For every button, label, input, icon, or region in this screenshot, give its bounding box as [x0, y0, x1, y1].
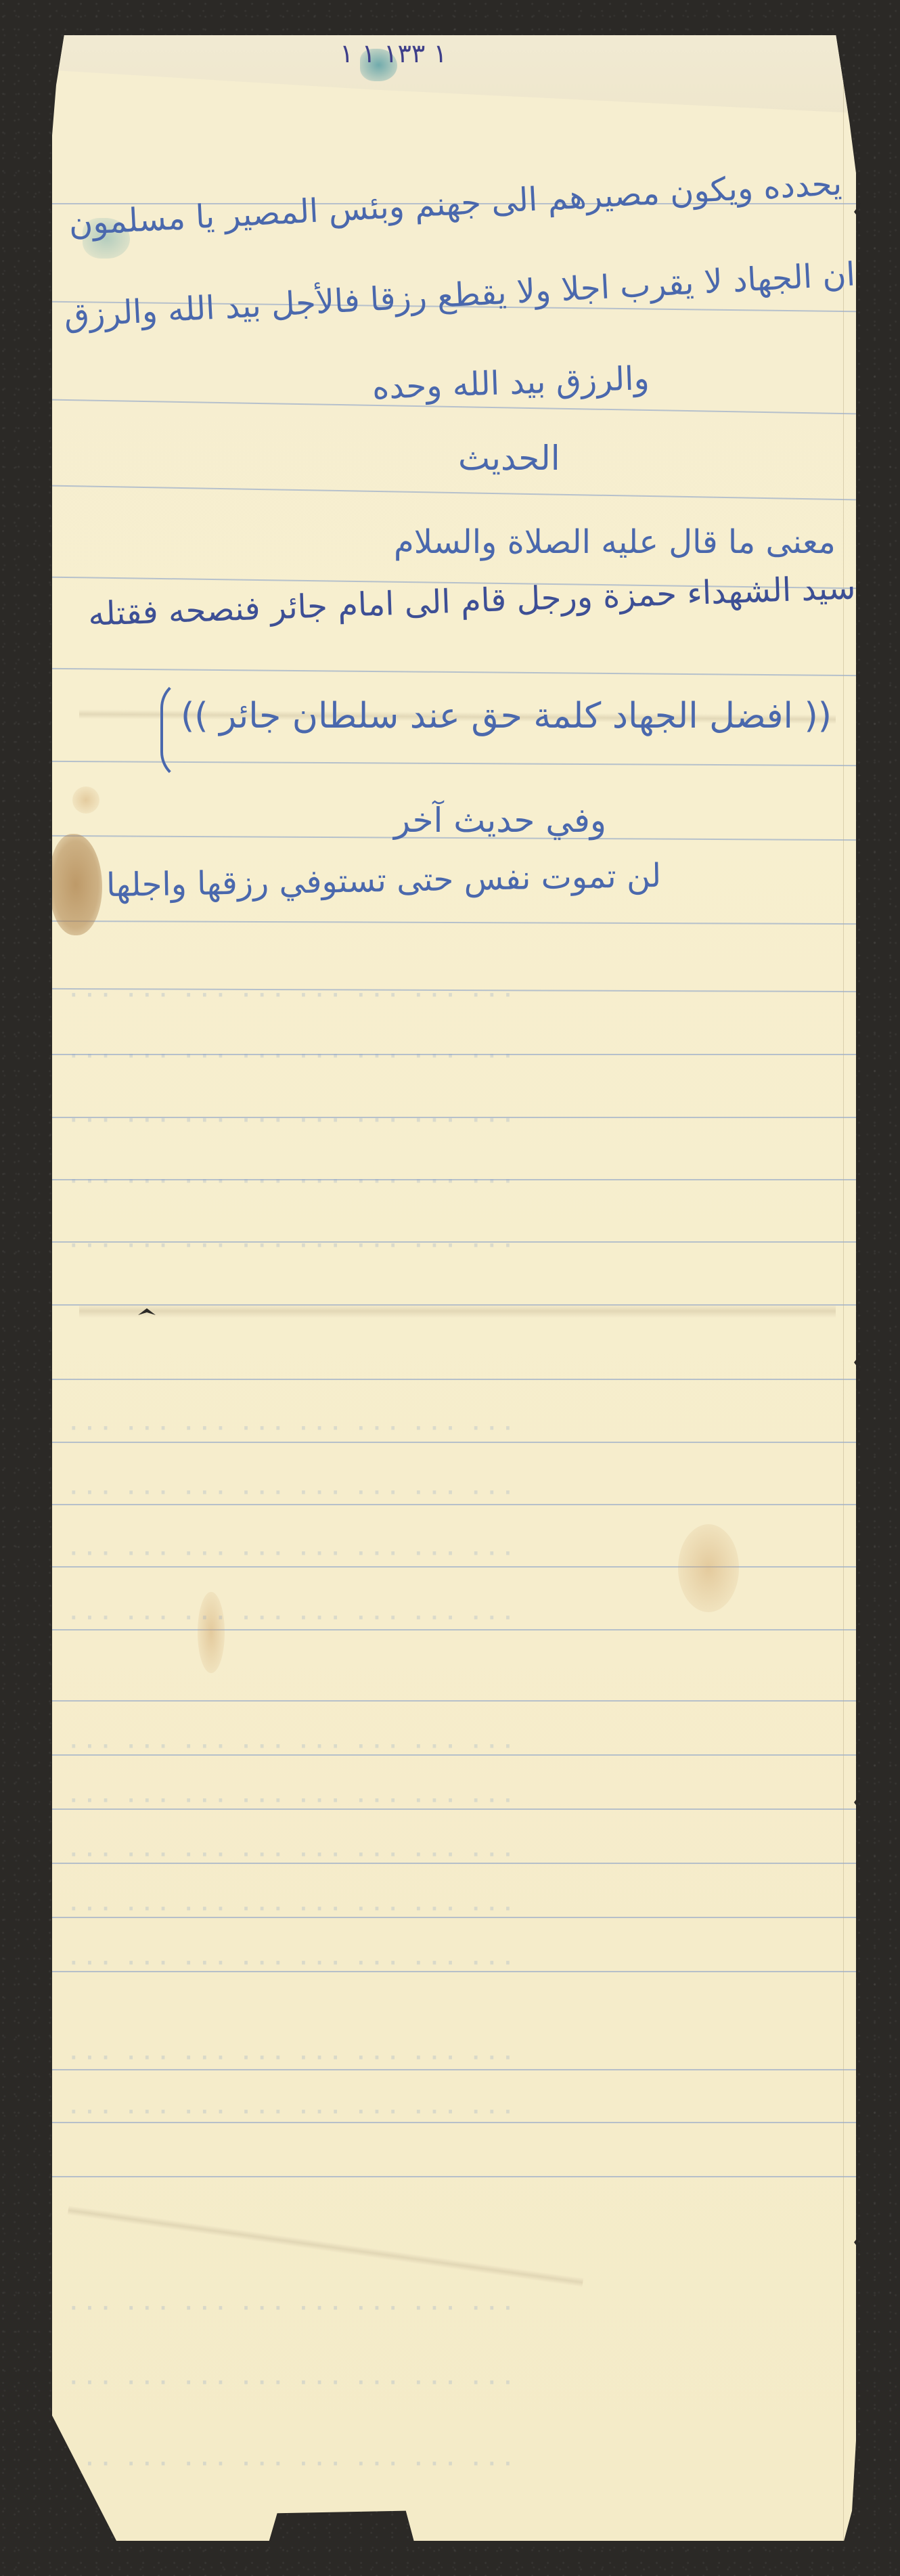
letter-paper: ٠٠٠ ٠٠٠ ٠٠٠ ٠٠٠ ٠٠٠ ٠٠٠ ٠٠٠ ٠٠٠ ٠٠٠ ٠٠٠ … — [52, 35, 856, 2541]
bleed-through-text: ٠٠٠ ٠٠٠ ٠٠٠ ٠٠٠ ٠٠٠ ٠٠٠ ٠٠٠ ٠٠٠ — [66, 2039, 836, 2073]
ruled-line — [52, 668, 856, 676]
ruled-line — [52, 920, 856, 925]
water-stain — [72, 786, 99, 814]
bleed-through-text: ٠٠٠ ٠٠٠ ٠٠٠ ٠٠٠ ٠٠٠ ٠٠٠ ٠٠٠ ٠٠٠ — [66, 1101, 836, 1136]
ruled-line — [52, 1379, 856, 1380]
bleed-through-text: ٠٠٠ ٠٠٠ ٠٠٠ ٠٠٠ ٠٠٠ ٠٠٠ ٠٠٠ ٠٠٠ — [66, 1473, 836, 1508]
bleed-through-text: ٠٠٠ ٠٠٠ ٠٠٠ ٠٠٠ ٠٠٠ ٠٠٠ ٠٠٠ ٠٠٠ — [66, 1226, 836, 1261]
ruled-line — [52, 2176, 856, 2177]
bleed-through-text: ٠٠٠ ٠٠٠ ٠٠٠ ٠٠٠ ٠٠٠ ٠٠٠ ٠٠٠ ٠٠٠ — [66, 1890, 836, 1924]
bleed-through-text: ٠٠٠ ٠٠٠ ٠٠٠ ٠٠٠ ٠٠٠ ٠٠٠ ٠٠٠ ٠٠٠ — [66, 2093, 836, 2127]
hadith-heading: الحديث — [458, 441, 560, 475]
bleed-through-text: ٠٠٠ ٠٠٠ ٠٠٠ ٠٠٠ ٠٠٠ ٠٠٠ ٠٠٠ ٠٠٠ — [66, 1781, 836, 1816]
bleed-through-text: ٠٠٠ ٠٠٠ ٠٠٠ ٠٠٠ ٠٠٠ ٠٠٠ ٠٠٠ ٠٠٠ — [66, 1727, 836, 1762]
bleed-through-text: ٠٠٠ ٠٠٠ ٠٠٠ ٠٠٠ ٠٠٠ ٠٠٠ ٠٠٠ ٠٠٠ — [66, 1037, 836, 1071]
bleed-through-text: ٠٠٠ ٠٠٠ ٠٠٠ ٠٠٠ ٠٠٠ ٠٠٠ ٠٠٠ ٠٠٠ — [66, 1534, 836, 1569]
bleed-through-text: ٠٠٠ ٠٠٠ ٠٠٠ ٠٠٠ ٠٠٠ ٠٠٠ ٠٠٠ ٠٠٠ — [66, 2289, 836, 2324]
handwritten-line-5: معنى ما قال عليه الصلاة والسلام — [394, 526, 836, 558]
handwritten-line-3: والرزق بيد الله وحده — [372, 362, 650, 404]
folded-top-flap — [52, 35, 856, 113]
hadith-quote: (( افضل الجهاد كلمة حق عند سلطان جائر )) — [181, 698, 832, 734]
header-mark: ١ ١٣٣ ١ ١ — [340, 41, 447, 66]
right-margin-crease — [843, 35, 844, 2541]
bleed-through-text: ٠٠٠ ٠٠٠ ٠٠٠ ٠٠٠ ٠٠٠ ٠٠٠ ٠٠٠ ٠٠٠ — [66, 1162, 836, 1197]
bleed-through-text: ٠٠٠ ٠٠٠ ٠٠٠ ٠٠٠ ٠٠٠ ٠٠٠ ٠٠٠ ٠٠٠ — [66, 2445, 836, 2479]
horizontal-fold-crease — [79, 1304, 836, 1318]
bleed-through-text: ٠٠٠ ٠٠٠ ٠٠٠ ٠٠٠ ٠٠٠ ٠٠٠ ٠٠٠ ٠٠٠ — [66, 1836, 836, 1870]
bleed-through-text: ٠٠٠ ٠٠٠ ٠٠٠ ٠٠٠ ٠٠٠ ٠٠٠ ٠٠٠ ٠٠٠ — [66, 2363, 836, 2398]
bleed-through-text: ٠٠٠ ٠٠٠ ٠٠٠ ٠٠٠ ٠٠٠ ٠٠٠ ٠٠٠ ٠٠٠ — [66, 1944, 836, 1978]
bleed-through-text: ٠٠٠ ٠٠٠ ٠٠٠ ٠٠٠ ٠٠٠ ٠٠٠ ٠٠٠ ٠٠٠ — [66, 976, 836, 1011]
ruled-line — [52, 485, 856, 501]
handwritten-line-2: ان الجهاد لا يقرب اجلا ولا يقطع رزقا فال… — [64, 258, 856, 332]
diagonal-fold-crease — [68, 2206, 583, 2288]
another-hadith-heading: وفي حديث آخر — [394, 803, 606, 837]
water-stain — [49, 834, 102, 935]
handwritten-line-6: سيد الشهداء حمزة ورجل قام الى امام جائر … — [88, 571, 857, 631]
handwritten-line-9: لن تموت نفس حتى تستوفي رزقها واجلها — [106, 860, 662, 902]
handwritten-line-1: يحدده ويكون مصيرهم الى جهنم وبئس المصير … — [68, 167, 843, 240]
bleed-through-text: ٠٠٠ ٠٠٠ ٠٠٠ ٠٠٠ ٠٠٠ ٠٠٠ ٠٠٠ ٠٠٠ — [66, 1409, 836, 1444]
bleed-through-text: ٠٠٠ ٠٠٠ ٠٠٠ ٠٠٠ ٠٠٠ ٠٠٠ ٠٠٠ ٠٠٠ — [66, 1599, 836, 1633]
ruled-line — [52, 1700, 856, 1702]
